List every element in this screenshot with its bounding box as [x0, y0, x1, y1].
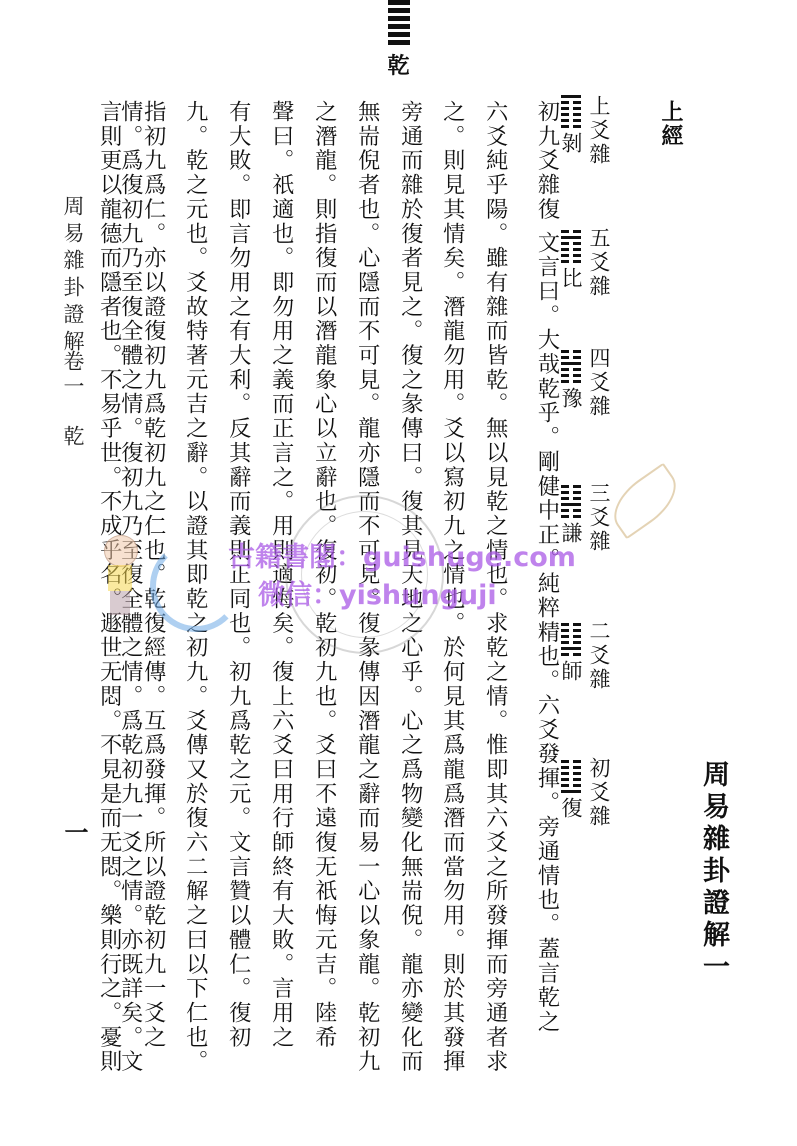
- yao-label-second: 二爻雜: [588, 620, 609, 692]
- hexagram-fu-icon: [527, 225, 547, 228]
- yao-label-fourth: 四爻雜: [588, 347, 609, 419]
- related-hexagram-bi: 比: [556, 230, 586, 288]
- hexagram-yu-icon: [561, 350, 581, 383]
- related-hexagram-bo: 剝: [556, 95, 586, 153]
- running-title: 周易雜卦證解一: [700, 760, 727, 984]
- hexagram-name: 豫: [556, 387, 586, 408]
- hexagram-name: 比: [556, 267, 586, 288]
- hexagram-shi-icon: [561, 623, 581, 656]
- body-text: 初九爻雜復: [534, 100, 560, 222]
- hexagram-name: 復: [556, 797, 586, 818]
- hexagram-qian-humble-icon: [561, 485, 581, 518]
- hexagram-bi-icon: [561, 230, 581, 263]
- footer-page-number: 一: [62, 820, 86, 844]
- hexagram-qian-icon: [388, 0, 410, 45]
- footer-section: 乾: [62, 425, 83, 446]
- related-hexagram-yu: 豫: [556, 350, 586, 408]
- body-text: 文言曰。大哉乾乎。剛健中正。純粹精也。六爻發揮。旁通情也。蓋言乾之: [534, 231, 560, 1035]
- hexagram-fu-icon: [561, 760, 581, 793]
- yao-label-third: 三爻雜: [588, 482, 609, 554]
- main-hexagram-name: 乾: [387, 49, 409, 80]
- hexagram-bo-icon: [561, 95, 581, 128]
- document-page: 周易雜卦證解一 上經 乾 上爻雜 五爻雜 四爻雜 三爻雜 二爻雜 初爻雜 剝 比…: [0, 0, 797, 1146]
- related-hexagram-fu: 復: [556, 760, 586, 818]
- section-heading: 上經: [660, 100, 682, 148]
- related-hexagram-shi: 師: [556, 623, 586, 681]
- yao-label-fifth: 五爻雜: [588, 227, 609, 299]
- yao-label-first: 初爻雜: [588, 757, 609, 829]
- watermark-site: 古籍書閣：guishuge.com: [228, 535, 576, 574]
- yao-label-top: 上爻雜: [588, 95, 609, 167]
- footer-volume: 卷一: [62, 350, 83, 400]
- yao-change-labels: 上爻雜 五爻雜 四爻雜 三爻雜 二爻雜 初爻雜: [588, 95, 618, 865]
- main-hexagram: 乾: [0, 0, 797, 80]
- footer-book-title: 周易雜卦證解: [62, 195, 83, 357]
- hexagram-name: 師: [556, 660, 586, 681]
- hexagram-name: 剝: [556, 132, 586, 153]
- watermark-mascot-icon: [98, 535, 142, 615]
- watermark-wechat: 微信：yishunguji: [258, 573, 497, 612]
